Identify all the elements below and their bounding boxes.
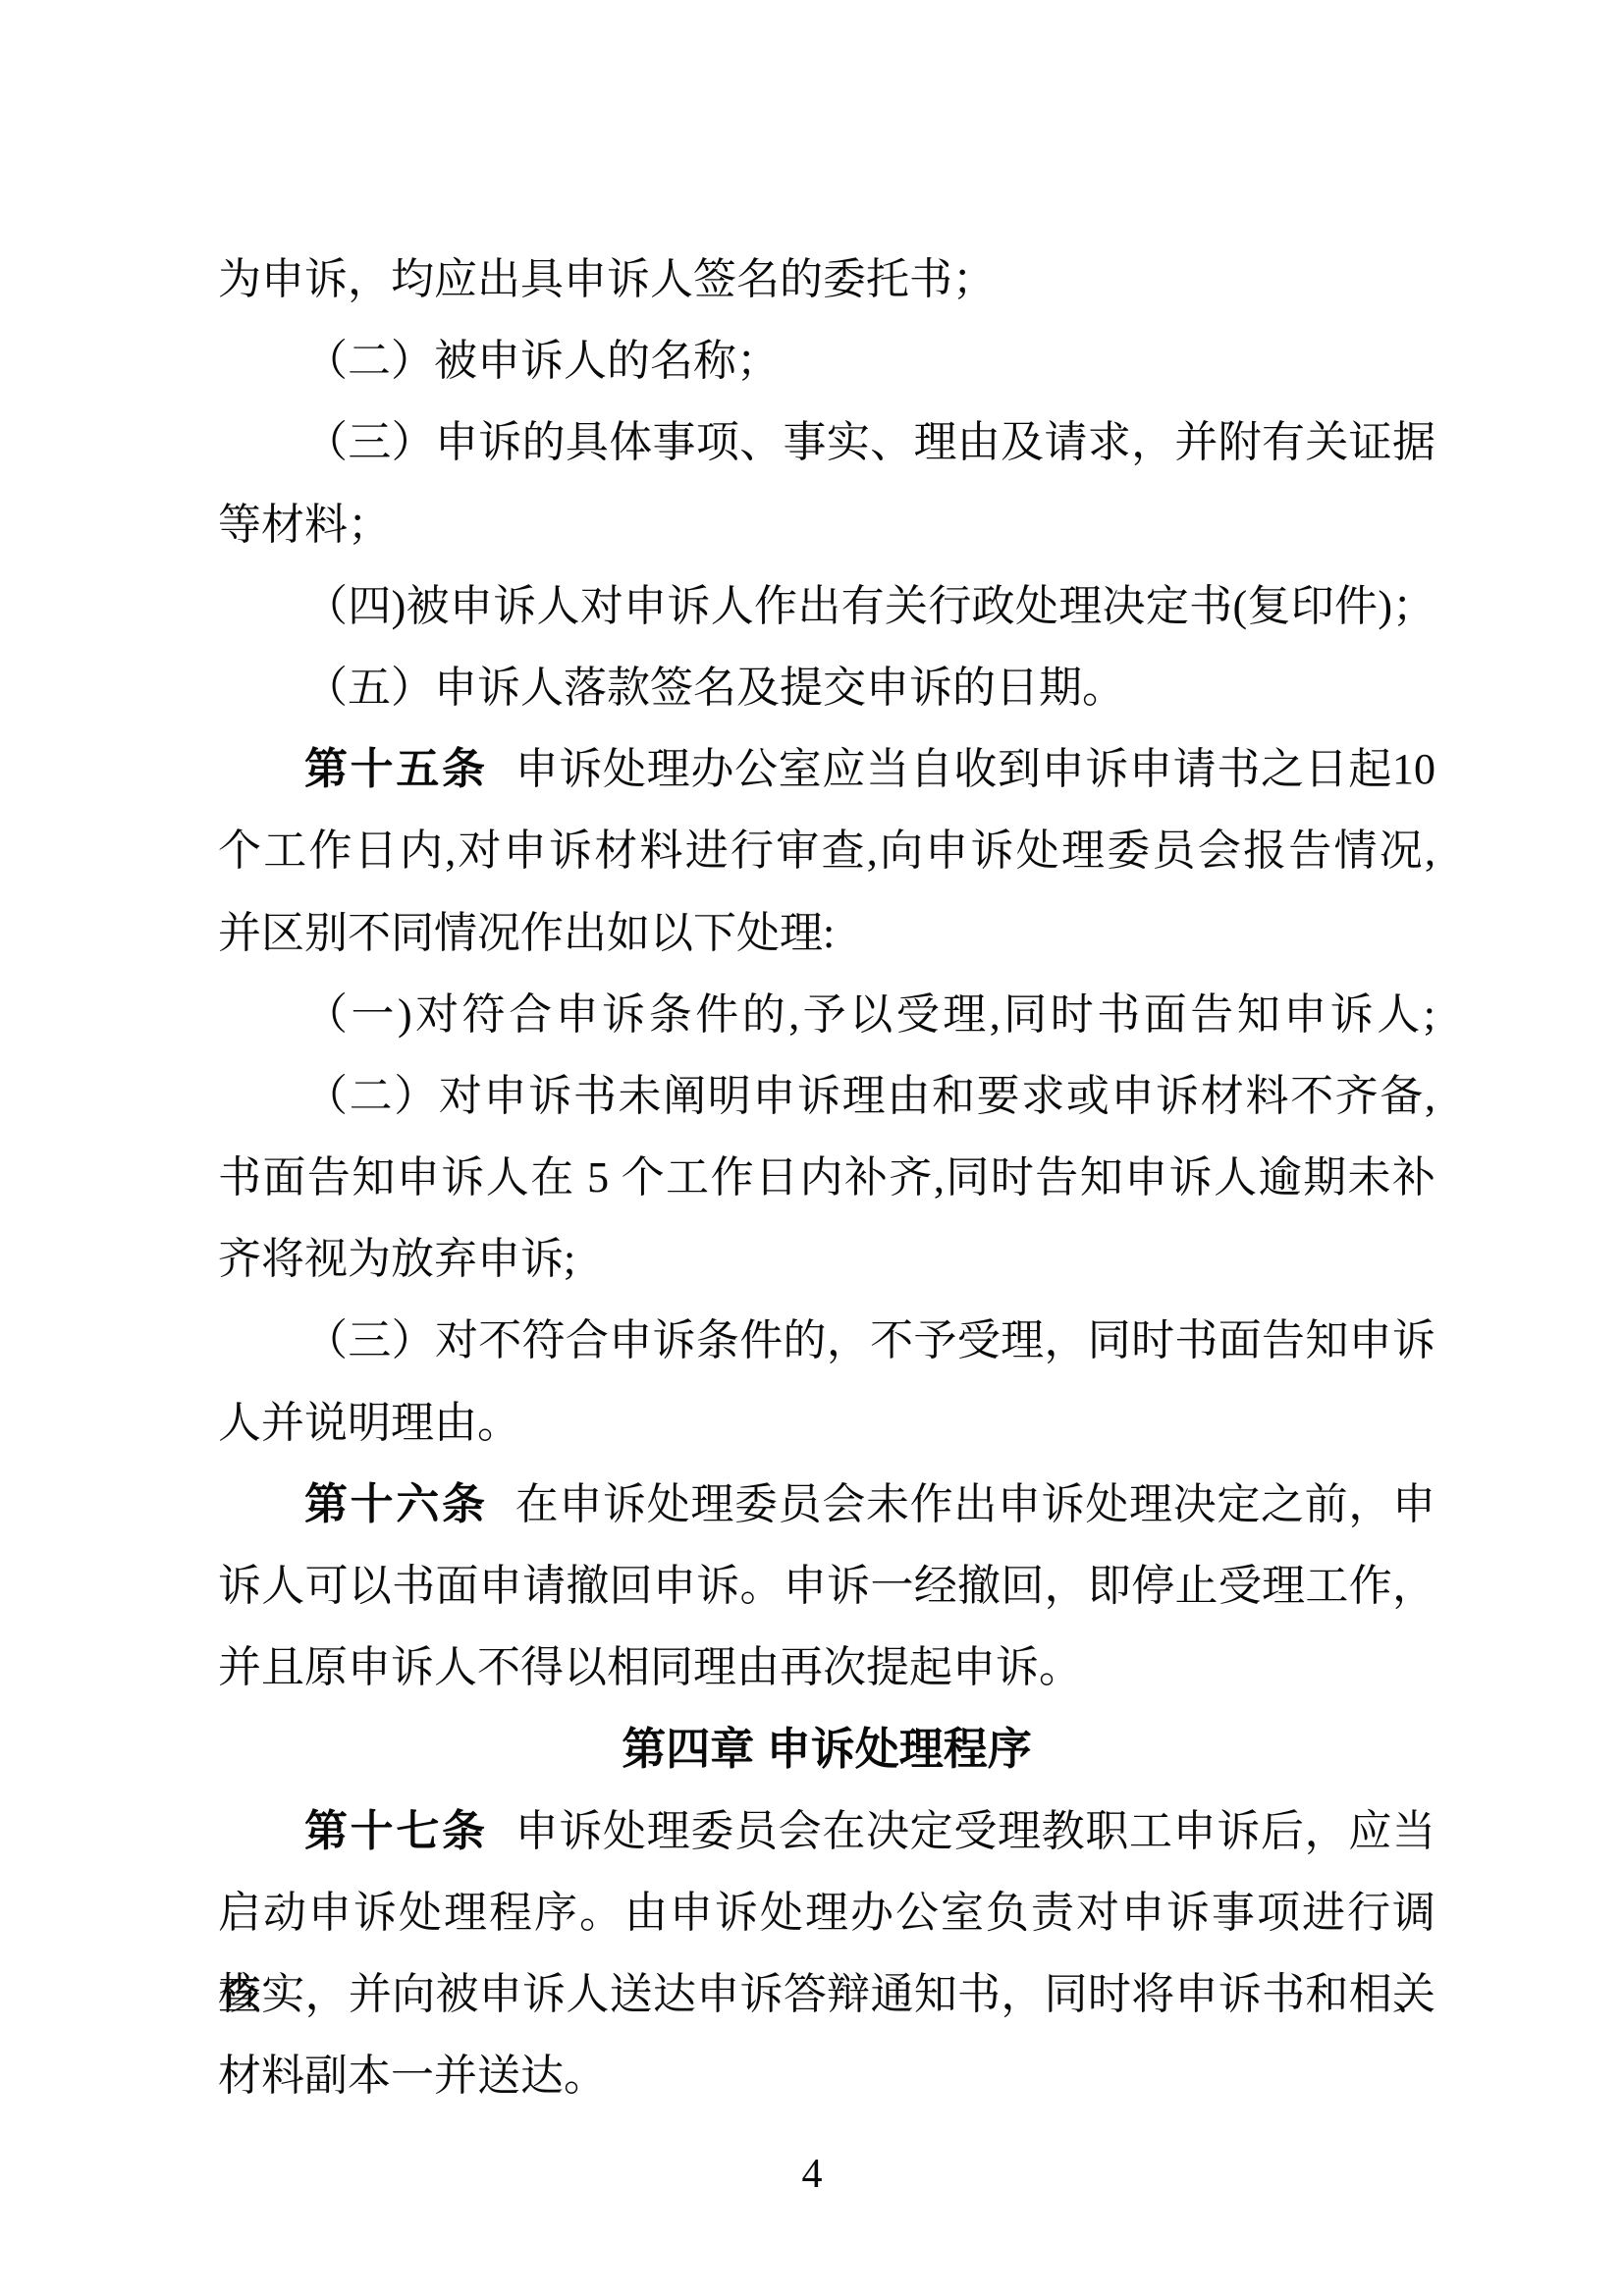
text-line: 材料副本一并送达。 <box>218 2035 1435 2116</box>
article-line: 第十五条申诉处理办公室应当自收到申诉申请书之日起10 <box>218 728 1435 810</box>
document-page: 为申诉，均应出具申诉人签名的委托书； （二）被申诉人的名称； （三）申诉的具体事… <box>0 0 1624 2296</box>
line-text: 申诉处理委员会在决定受理教职工申诉后，应当 <box>515 1807 1435 1855</box>
line-text: 书面告知申诉人在 5 个工作日内补齐,同时告知申诉人逾期未补 <box>218 1153 1435 1201</box>
line-text: 核实，并向被申诉人送达申诉答辩通知书，同时将申诉书和相关 <box>218 1970 1435 2018</box>
line-text: （一)对符合申诉条件的,予以受理,同时书面告知申诉人; <box>304 990 1435 1039</box>
line-text: 在申诉处理委员会未作出申诉处理决定之前，申 <box>515 1480 1435 1528</box>
text-line: 个工作日内,对申诉材料进行审查,向申诉处理委员会报告情况, <box>218 810 1435 891</box>
text-line: （五）申诉人落款签名及提交申诉的日期。 <box>218 647 1435 728</box>
text-line: 为申诉，均应出具申诉人签名的委托书； <box>218 239 1435 320</box>
line-text: （二）对申诉书未阐明申诉理由和要求或申诉材料不齐备, <box>304 1072 1435 1120</box>
text-line: （一)对符合申诉条件的,予以受理,同时书面告知申诉人; <box>218 974 1435 1055</box>
text-content: 为申诉，均应出具申诉人签名的委托书； （二）被申诉人的名称； （三）申诉的具体事… <box>218 239 1435 2116</box>
article-number: 第十六条 <box>304 1480 488 1528</box>
line-text: （五）申诉人落款签名及提交申诉的日期。 <box>304 664 1125 712</box>
line-text: 申诉处理办公室应当自收到申诉申请书之日起10 <box>515 745 1435 793</box>
chapter-heading: 第四章 申诉处理程序 <box>218 1708 1435 1789</box>
line-text: 人并说明理由。 <box>218 1399 520 1447</box>
text-line: 并区别不同情况作出如以下处理: <box>218 892 1435 974</box>
line-text: 个工作日内,对申诉材料进行审查,向申诉处理委员会报告情况, <box>218 827 1435 875</box>
line-text: （三）申诉的具体事项、事实、理由及请求，并附有关证据 <box>304 418 1435 466</box>
line-text: 材料副本一并送达。 <box>218 2052 607 2100</box>
line-text: 并且原申诉人不得以相同理由再次提起申诉。 <box>218 1643 1082 1691</box>
chapter-title: 第四章 申诉处理程序 <box>622 1724 1032 1774</box>
text-line: （三）申诉的具体事项、事实、理由及请求，并附有关证据 <box>218 401 1435 483</box>
line-text: （四)被申诉人对申诉人作出有关行政处理决定书(复印件)； <box>304 582 1435 630</box>
line-text: 为申诉，均应出具申诉人签名的委托书； <box>218 255 996 303</box>
line-text: （二）被申诉人的名称； <box>304 337 780 385</box>
text-line: 书面告知申诉人在 5 个工作日内补齐,同时告知申诉人逾期未补 <box>218 1137 1435 1218</box>
article-number: 第十五条 <box>304 745 488 793</box>
line-text: 诉人可以书面申请撤回申诉。申诉一经撤回，即停止受理工作， <box>218 1562 1435 1610</box>
line-text: 等材料； <box>218 501 391 549</box>
line-text: 并区别不同情况作出如以下处理: <box>218 909 835 957</box>
text-line: 等材料； <box>218 484 1435 565</box>
page-number: 4 <box>0 2138 1624 2211</box>
text-line: 启动申诉处理程序。由申诉处理办公室负责对申诉事项进行调查、 <box>218 1872 1435 1953</box>
article-line: 第十七条申诉处理委员会在决定受理教职工申诉后，应当 <box>218 1790 1435 1872</box>
article-number: 第十七条 <box>304 1807 488 1855</box>
line-text: 齐将视为放弃申诉; <box>218 1235 575 1283</box>
text-line: 核实，并向被申诉人送达申诉答辩通知书，同时将申诉书和相关 <box>218 1953 1435 2035</box>
line-text: （三）对不符合申诉条件的，不予受理，同时书面告知申诉 <box>304 1316 1435 1364</box>
text-line: （三）对不符合申诉条件的，不予受理，同时书面告知申诉 <box>218 1300 1435 1381</box>
text-line: 诉人可以书面申请撤回申诉。申诉一经撤回，即停止受理工作， <box>218 1545 1435 1627</box>
text-line: （四)被申诉人对申诉人作出有关行政处理决定书(复印件)； <box>218 565 1435 647</box>
text-line: 齐将视为放弃申诉; <box>218 1218 1435 1300</box>
text-line: （二）对申诉书未阐明申诉理由和要求或申诉材料不齐备, <box>218 1055 1435 1137</box>
text-line: 并且原申诉人不得以相同理由再次提起申诉。 <box>218 1627 1435 1708</box>
article-line: 第十六条在申诉处理委员会未作出申诉处理决定之前，申 <box>218 1464 1435 1545</box>
text-line: 人并说明理由。 <box>218 1382 1435 1464</box>
text-line: （二）被申诉人的名称； <box>218 320 1435 401</box>
